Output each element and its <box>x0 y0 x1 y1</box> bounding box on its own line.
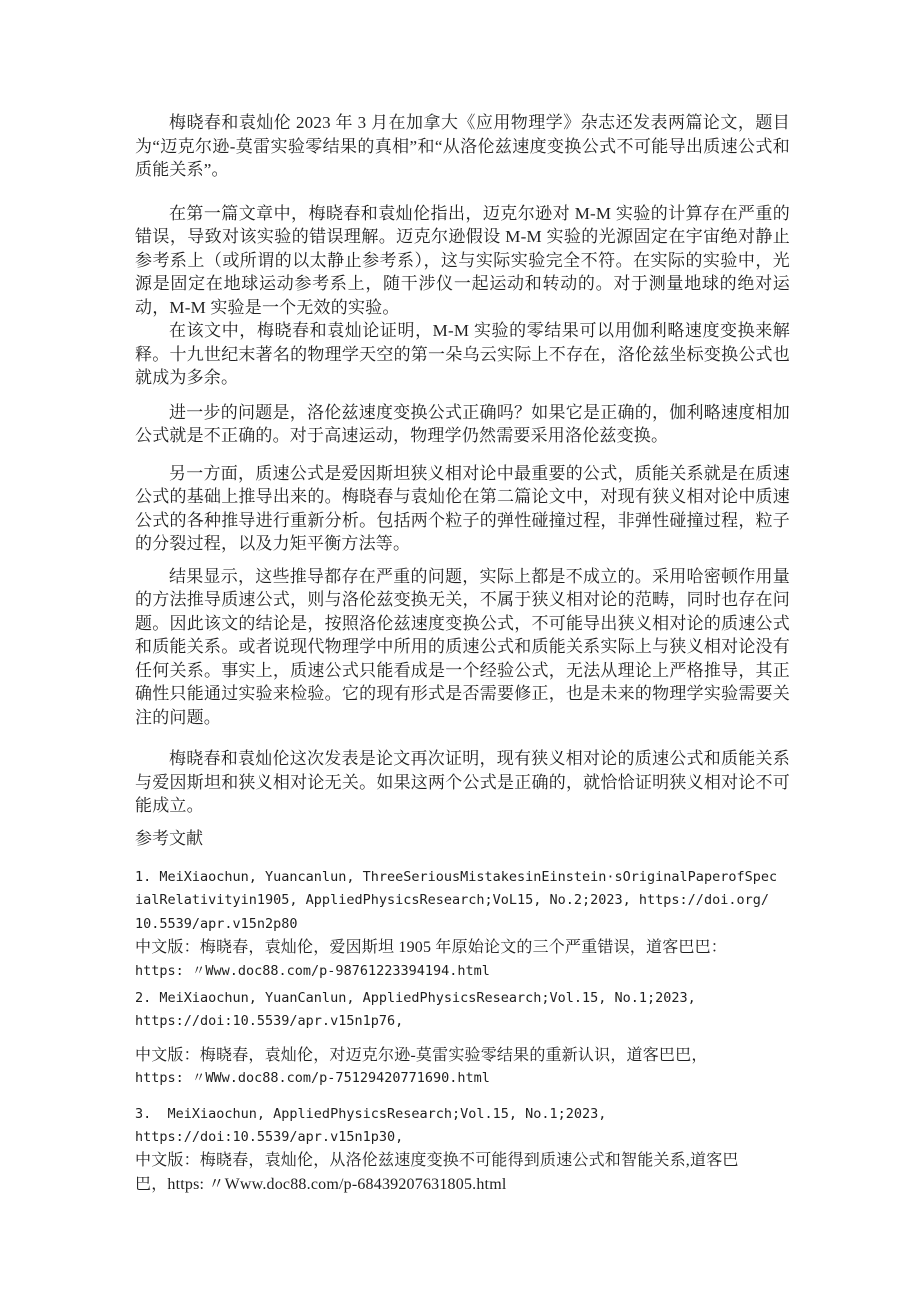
reference-item-3: 3. MeiXiaochun, AppliedPhysicsResearch;V… <box>135 1103 790 1197</box>
reference-chinese-line: 中文版：梅晓春，袁灿伦，爱因斯坦 1905 年原始论文的三个严重错误，道客巴巴： <box>135 936 790 959</box>
reference-line: 2. MeiXiaochun, YuanCanlun, AppliedPhysi… <box>135 987 790 1010</box>
paragraph-5: 另一方面，质速公式是爱因斯坦狭义相对论中最重要的公式，质能关系就是在质速公式的基… <box>135 462 790 556</box>
paragraph-2: 在第一篇文章中，梅晓春和袁灿伦指出，迈克尔逊对 M-M 实验的计算存在严重的错误… <box>135 202 790 320</box>
reference-doc88-url: 巴，https: 〃Www.doc88.com/p-68439207631805… <box>135 1173 790 1196</box>
reference-doi-url: 10.5539/apr.v15n2p80 <box>135 913 790 936</box>
reference-line: ialRelativityin1905, AppliedPhysicsResea… <box>135 889 790 912</box>
document-content: 梅晓春和袁灿伦 2023 年 3 月在加拿大《应用物理学》杂志还发表两篇论文，题… <box>135 111 790 1196</box>
reference-doc88-url: https: 〃WWw.doc88.com/p-75129420771690.h… <box>135 1067 790 1090</box>
paragraph-3: 在该文中，梅晓春和袁灿论证明，M-M 实验的零结果可以用伽利略速度变换来解释。十… <box>135 319 790 390</box>
reference-doi-url: https://doi:10.5539/apr.v15n1p30, <box>135 1126 790 1149</box>
reference-item-1: 1. MeiXiaochun, Yuancanlun, ThreeSerious… <box>135 866 790 983</box>
reference-doc88-url: https: 〃Www.doc88.com/p-98761223394194.h… <box>135 960 790 983</box>
reference-chinese-line: 中文版：梅晓春，袁灿伦，从洛伦兹速度变换不可能得到质速公式和智能关系,道客巴 <box>135 1149 790 1172</box>
reference-doi-url: https://doi:10.5539/apr.v15n1p76, <box>135 1010 790 1033</box>
paragraph-7: 梅晓春和袁灿伦这次发表是论文再次证明，现有狭义相对论的质速公式和质能关系与爱因斯… <box>135 747 790 818</box>
paragraph-1: 梅晓春和袁灿伦 2023 年 3 月在加拿大《应用物理学》杂志还发表两篇论文，题… <box>135 111 790 182</box>
reference-chinese-line: 中文版：梅晓春，袁灿伦，对迈克尔逊-莫雷实验零结果的重新认识，道客巴巴， <box>135 1044 790 1067</box>
reference-line: 3. MeiXiaochun, AppliedPhysicsResearch;V… <box>135 1103 790 1126</box>
document-page: 梅晓春和袁灿伦 2023 年 3 月在加拿大《应用物理学》杂志还发表两篇论文，题… <box>0 0 920 1301</box>
references-heading: 参考文献 <box>135 827 790 851</box>
reference-line: 1. MeiXiaochun, Yuancanlun, ThreeSerious… <box>135 866 790 889</box>
reference-item-2: 2. MeiXiaochun, YuanCanlun, AppliedPhysi… <box>135 987 790 1091</box>
paragraph-6: 结果显示，这些推导都存在严重的问题，实际上都是不成立的。采用哈密顿作用量的方法推… <box>135 565 790 730</box>
paragraph-4: 进一步的问题是，洛伦兹速度变换公式正确吗？如果它是正确的，伽利略速度相加公式就是… <box>135 401 790 448</box>
